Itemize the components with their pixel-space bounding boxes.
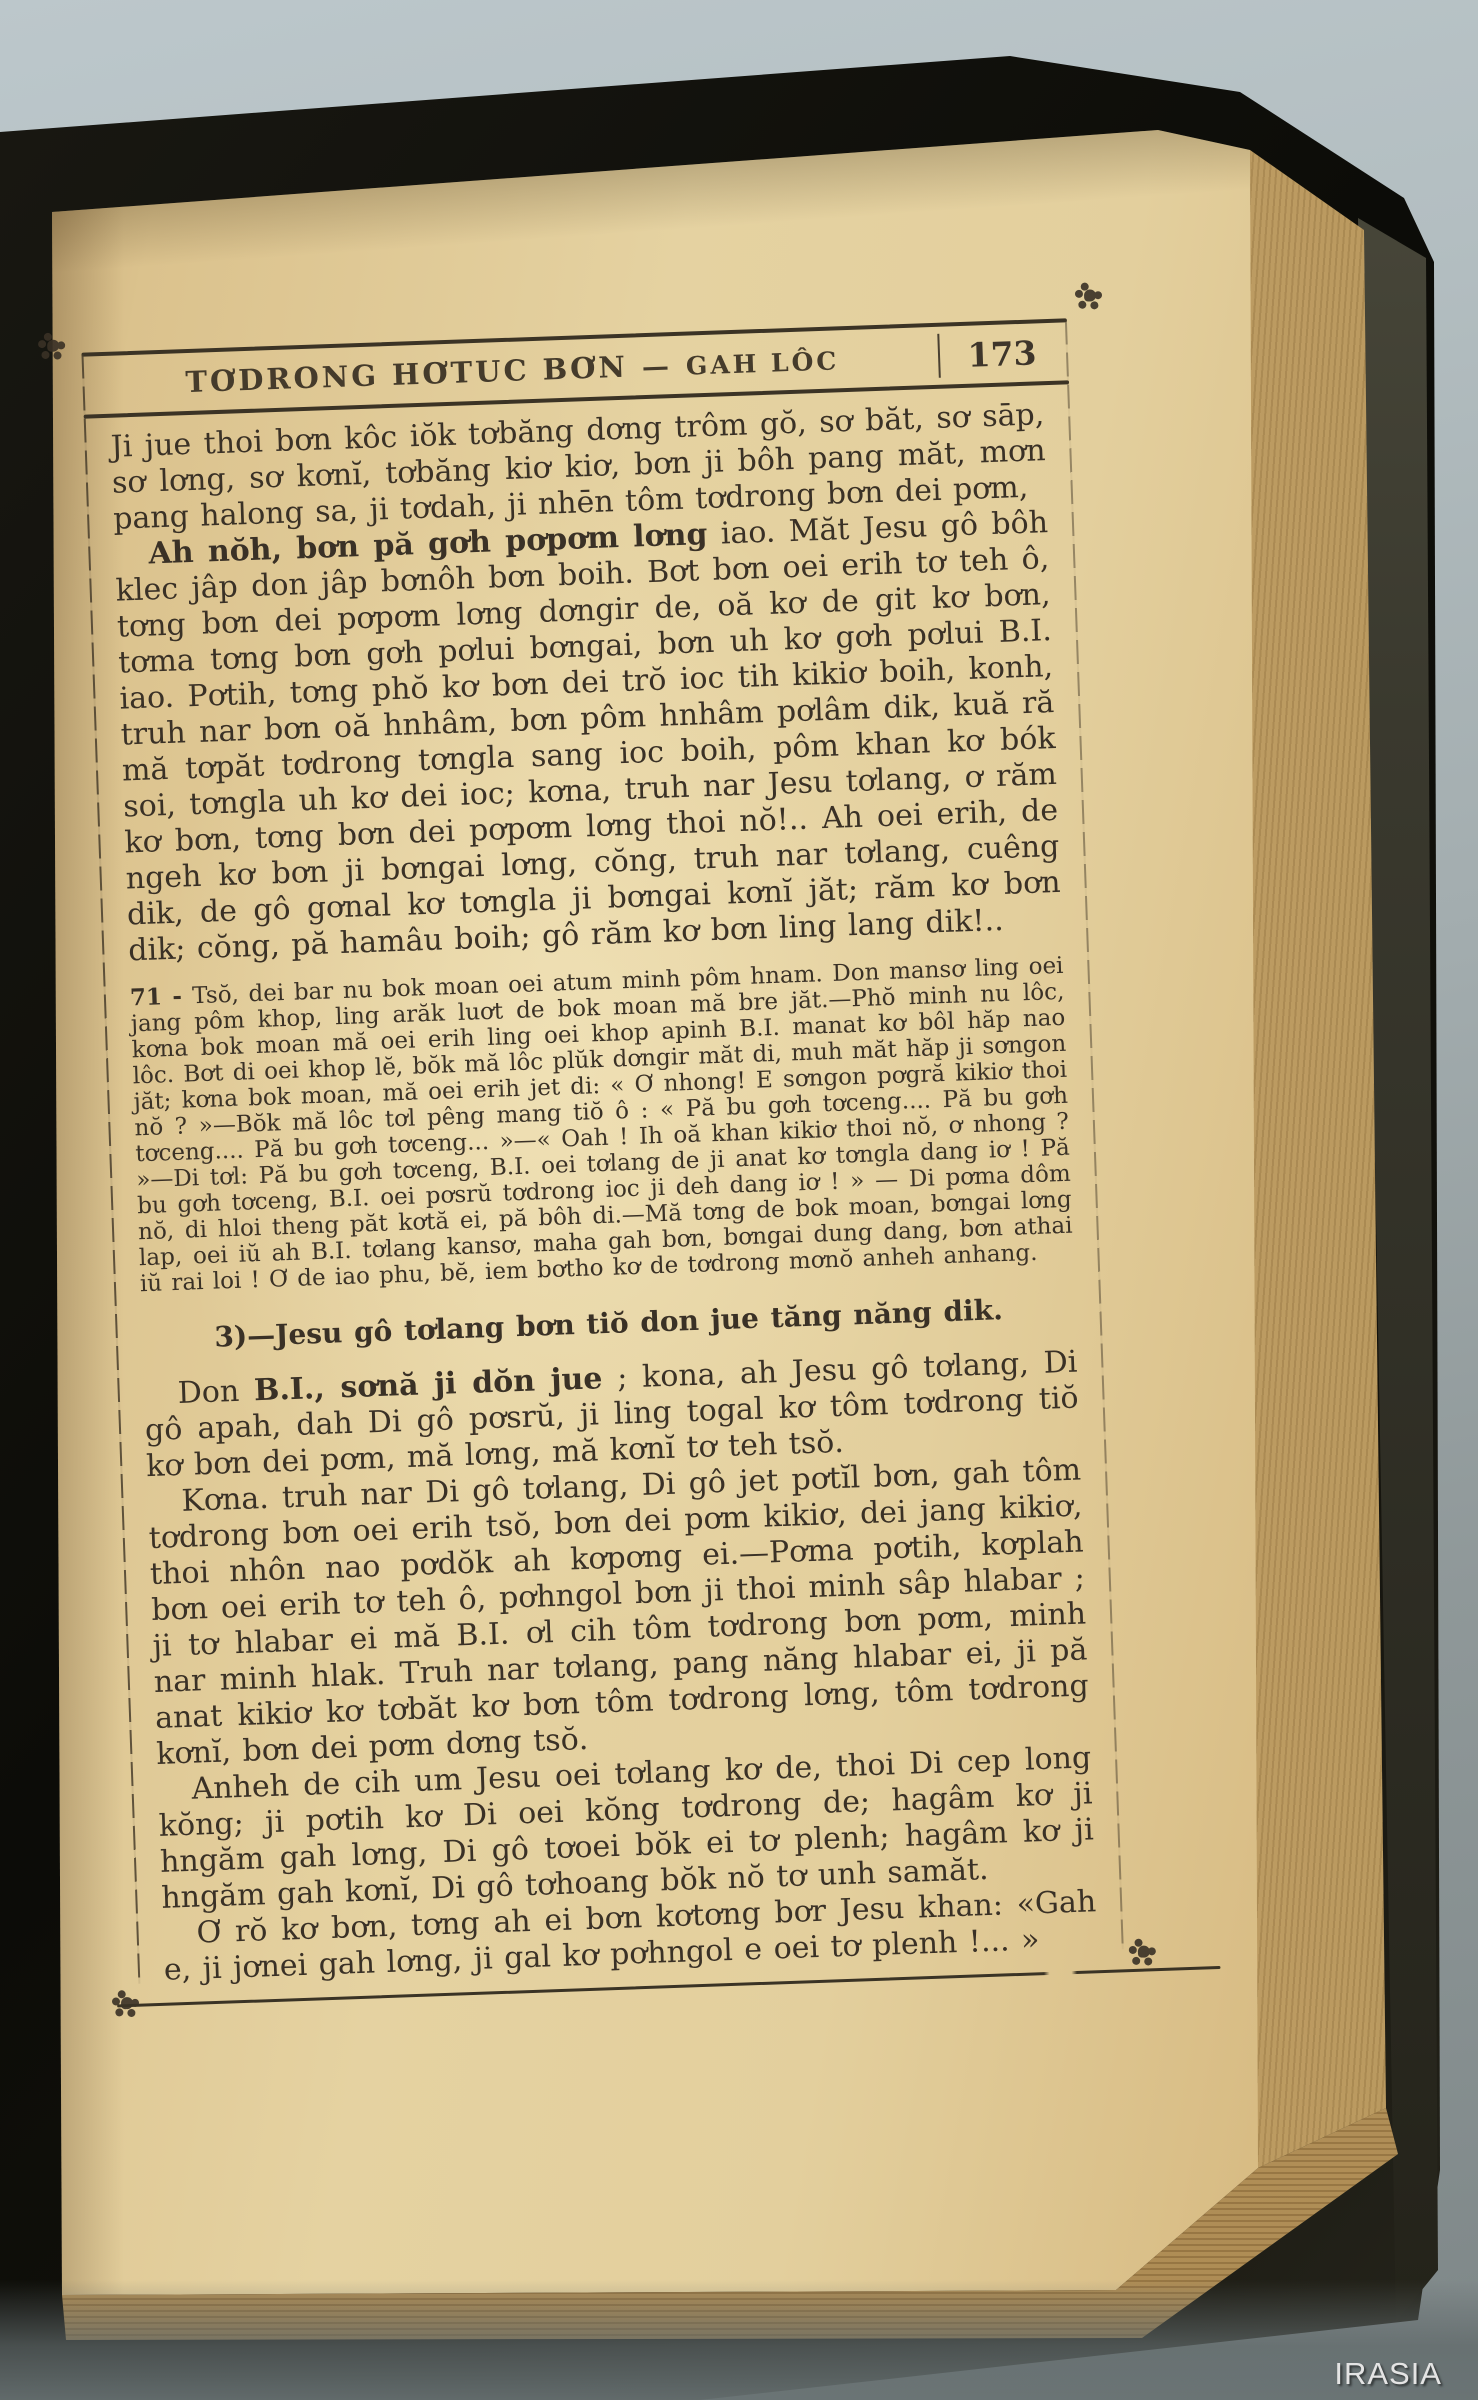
text-run: Kơna. truh nar Di gô tơlang, Di gô jet p…: [148, 1453, 1089, 1772]
body-paragraph: Kơna. truh nar Di gô tơlang, Di gô jet p…: [147, 1453, 1090, 1773]
section-heading: 3)—Jesu gô tơlang bơn tiŏ don jue tăng n…: [141, 1291, 1076, 1358]
running-title-main: TƠDRONG HƠTUC BƠN: [185, 350, 629, 399]
running-title-separator: —: [627, 351, 686, 384]
printed-text-frame: TƠDRONG HƠTUC BƠN—GAH LÔC 173 Ji jue tho…: [81, 318, 1124, 2006]
bold-text-run: 3)—Jesu gô tơlang bơn tiŏ don jue tăng n…: [214, 1293, 1003, 1354]
bottom-shadow-haze: [0, 2280, 1478, 2400]
bold-text-run: 71 -: [129, 982, 192, 1011]
page-content: Ji jue thoi bơn kôc iŏk tơbăng dơng trôm…: [84, 384, 1124, 1989]
page-number: 173: [939, 332, 1064, 375]
text-run: iao. Măt Jesu gô bôh klec jâp don jâp bơ…: [115, 505, 1061, 968]
text-run: Don: [177, 1373, 254, 1411]
text-run: Tsŏ, dei bar nu bok moan oei atum minh p…: [130, 953, 1073, 1297]
body-paragraph: Ah nŏh, bơn pă gơh pơpơm lơng iao. Măt J…: [114, 505, 1063, 969]
scanned-book-photo: TƠDRONG HƠTUC BƠN—GAH LÔC 173 Ji jue tho…: [0, 0, 1478, 2400]
running-title-sub: GAH LÔC: [685, 346, 839, 380]
footnote-paragraph: 71 - Tsŏ, dei bar nu bok moan oei atum m…: [130, 953, 1074, 1297]
watermark-label: IRASIA: [1334, 2356, 1442, 2392]
